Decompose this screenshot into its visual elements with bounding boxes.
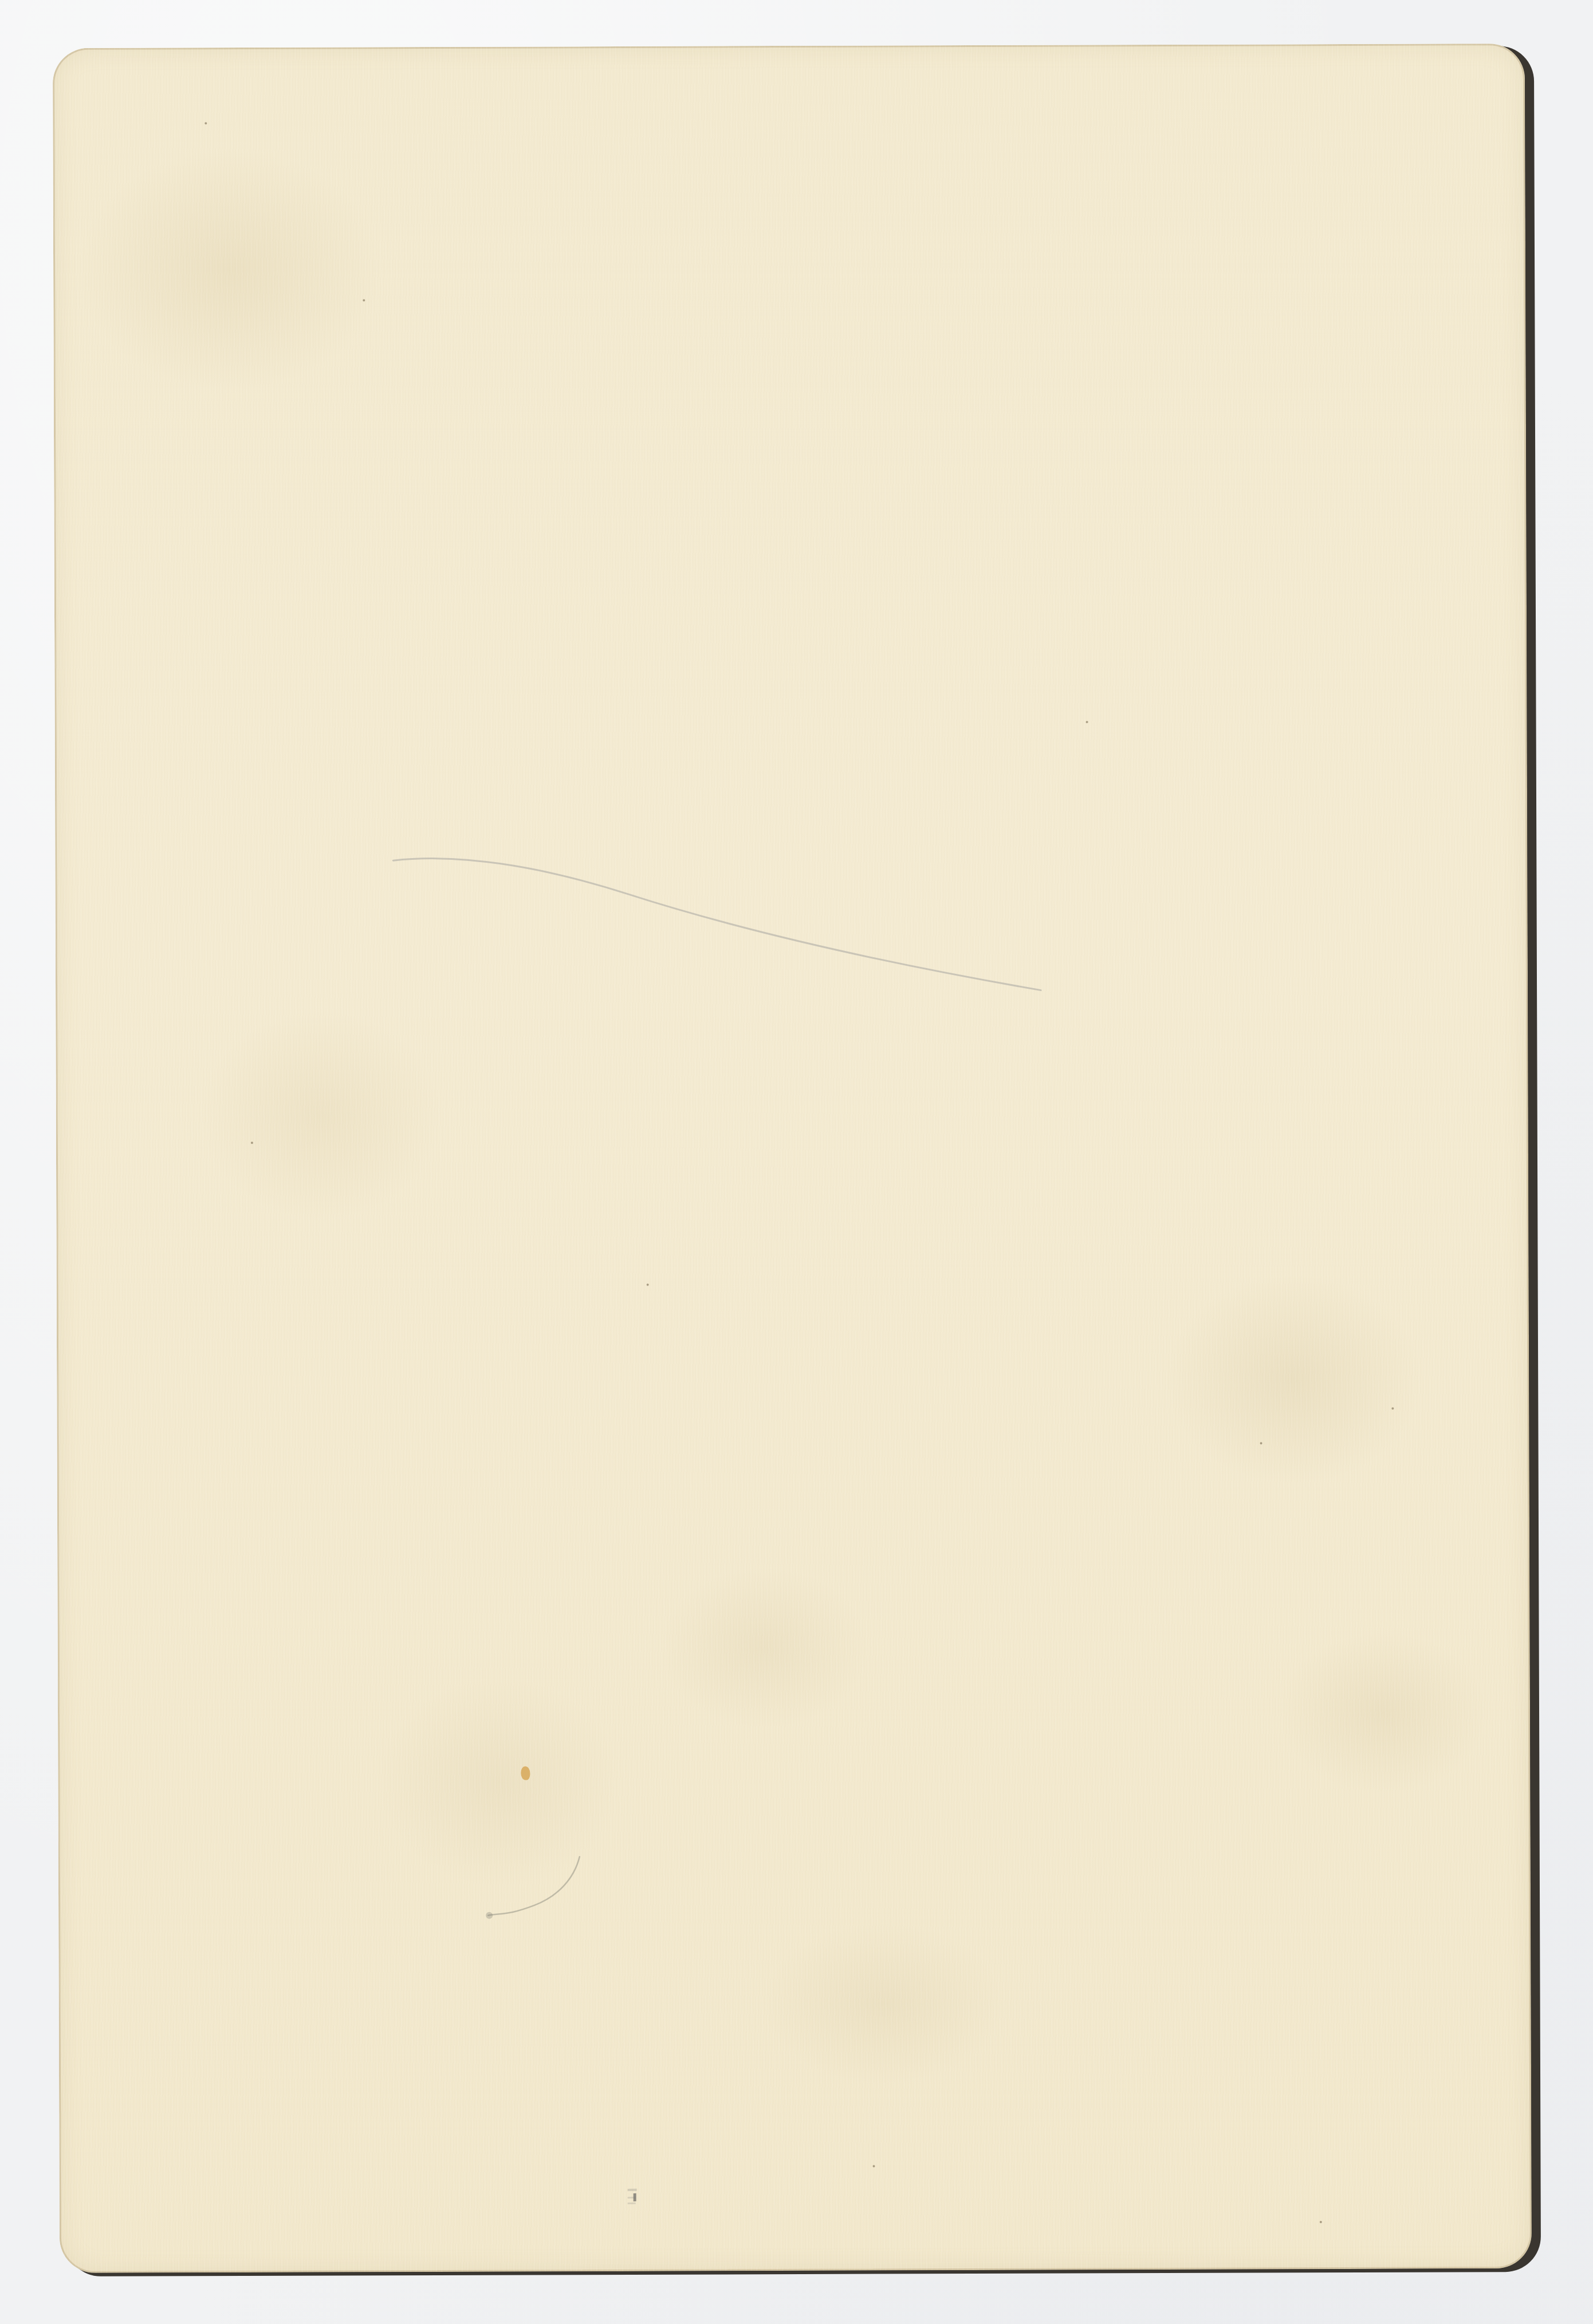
foxing-speck [1086,721,1088,723]
paper-grain-texture [53,44,1532,2273]
foxing-speck [363,299,365,301]
pencil-scratch-line [387,807,1047,998]
foxing-speck [204,122,207,124]
edge-wear-mark [61,50,66,54]
blank-card-back [53,44,1532,2273]
foxing-speck [1260,1442,1262,1444]
curved-pencil-mark [482,1851,585,1926]
foxing-speck [1391,1407,1394,1410]
foxing-speck [1320,2221,1322,2223]
stain-spot [521,1766,530,1780]
foxing-speck [647,1284,649,1286]
pencil-smudge-mark [626,2177,643,2217]
foxing-speck [251,1142,253,1144]
foxing-speck [873,2165,875,2168]
